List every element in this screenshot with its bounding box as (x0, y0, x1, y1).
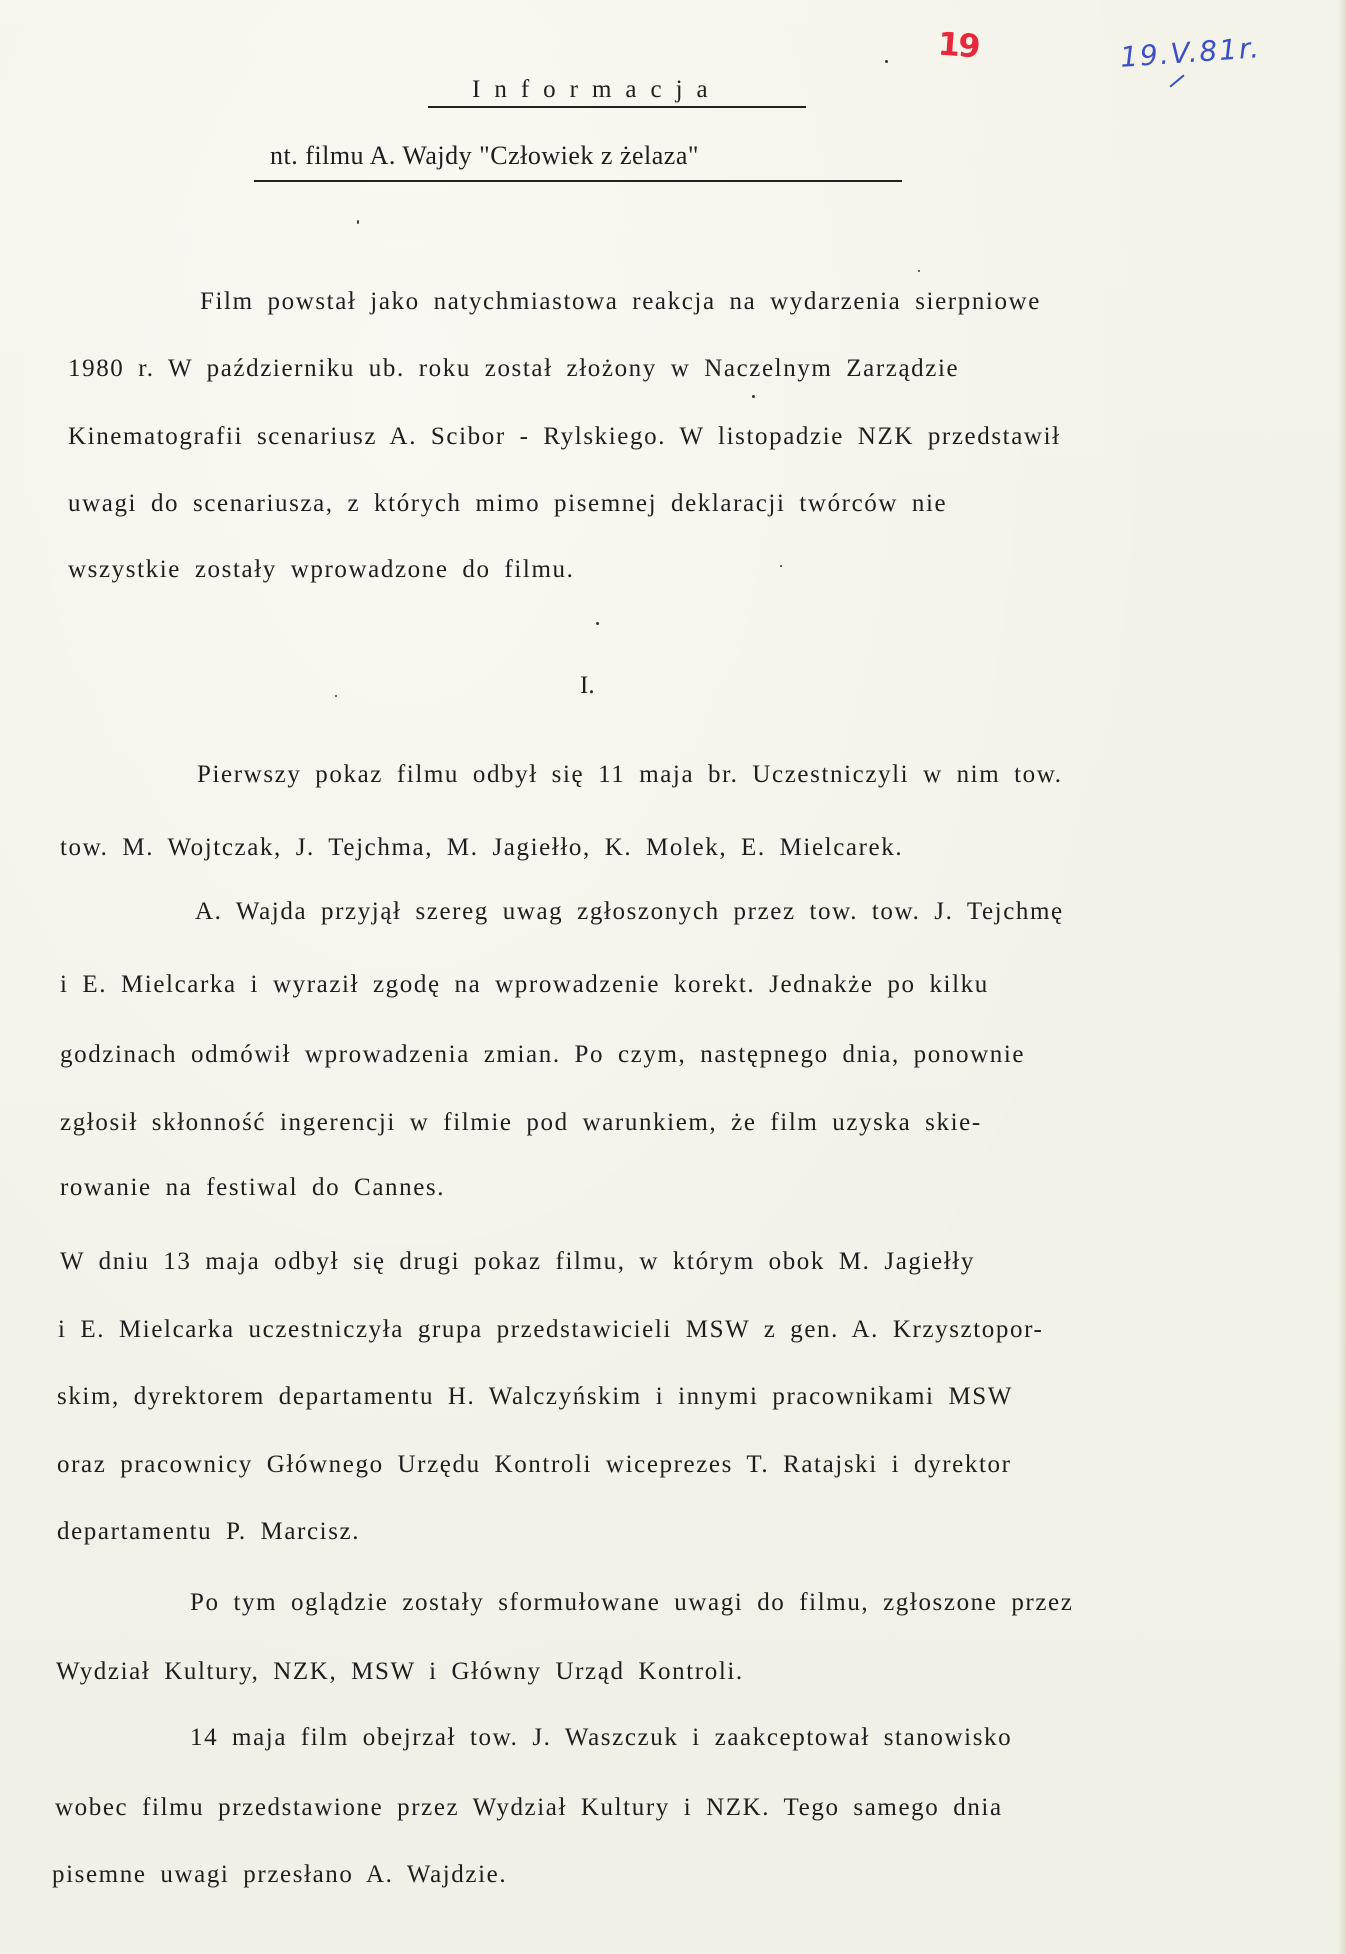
paragraph-line: 14 maja film obejrzał tow. J. Waszczuk i… (190, 1723, 1012, 1753)
paragraph-line: W dniu 13 maja odbył się drugi pokaz fil… (60, 1247, 975, 1277)
scan-speck (780, 565, 782, 567)
scan-speck (596, 622, 599, 625)
section-number: I. (580, 672, 595, 700)
paragraph-line: skim, dyrektorem departamentu H. Walczyń… (57, 1382, 1013, 1412)
intro-line: 1980 r. W październiku ub. roku został z… (68, 354, 959, 384)
document-subtitle: nt. filmu A. Wajdy "Człowiek z żelaza" (270, 141, 699, 171)
scan-speck (357, 220, 359, 224)
paragraph-line: wobec filmu przedstawione przez Wydział … (55, 1793, 1003, 1823)
paragraph-line: A. Wajda przyjął szereg uwag zgłoszonych… (195, 897, 1064, 927)
paragraph-line: rowanie na festiwal do Cannes. (60, 1173, 445, 1203)
paragraph-line: i E. Mielcarka uczestniczyła grupa przed… (58, 1315, 1043, 1345)
scan-speck (752, 395, 755, 398)
paragraph-line: oraz pracownicy Głównego Urzędu Kontroli… (57, 1450, 1012, 1480)
scan-speck (335, 695, 337, 697)
scan-speck (918, 270, 920, 272)
intro-line: uwagi do scenariusza, z których mimo pis… (68, 489, 947, 519)
handwritten-page-number: 19 (937, 25, 980, 66)
paragraph-line: zgłosił skłonność ingerencji w filmie po… (60, 1108, 982, 1138)
page-edge-shadow (1338, 0, 1346, 1954)
paragraph-line: i E. Mielcarka i wyraził zgodę na wprowa… (60, 970, 989, 1000)
scan-speck (885, 60, 888, 63)
intro-line: Film powstał jako natychmiastowa reakcja… (200, 287, 1041, 317)
paragraph-line: Po tym oglądzie zostały sformułowane uwa… (190, 1588, 1073, 1618)
paragraph-line: Wydział Kultury, NZK, MSW i Główny Urząd… (56, 1657, 744, 1687)
intro-line: Kinematografii scenariusz A. Scibor - Ry… (68, 422, 1061, 452)
title-underline (428, 106, 806, 108)
paragraph-line: pisemne uwagi przesłano A. Wajdzie. (52, 1860, 507, 1890)
document-title: Informacja (472, 76, 722, 104)
paragraph-line: godzinach odmówił wprowadzenia zmian. Po… (60, 1040, 1025, 1070)
paragraph-line: Pierwszy pokaz filmu odbył się 11 maja b… (197, 760, 1063, 790)
paragraph-line: tow. M. Wojtczak, J. Tejchma, M. Jagiełł… (60, 833, 903, 863)
subtitle-underline (254, 180, 902, 182)
intro-line: wszystkie zostały wprowadzone do filmu. (68, 555, 574, 585)
paragraph-line: departamentu P. Marcisz. (57, 1517, 360, 1547)
